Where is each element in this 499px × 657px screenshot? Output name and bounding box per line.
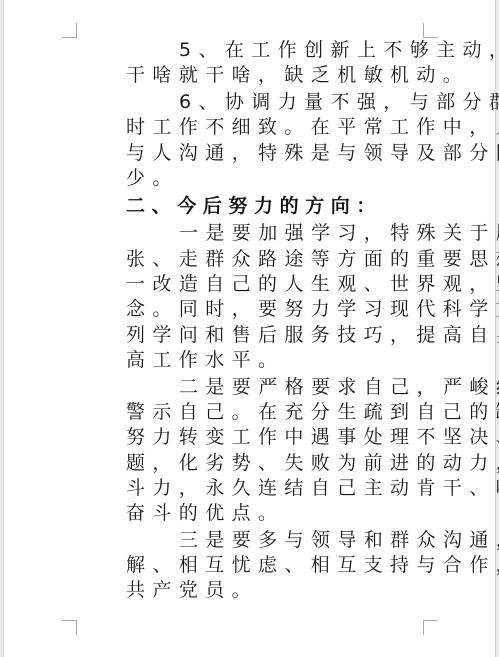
- text-line: 题，化劣势、失败为前进的动力，连结旺盛的战: [74, 451, 424, 476]
- text-line: 一是要加强学习，特殊关于厉行节省反对铺: [74, 221, 424, 246]
- margin-corner-mark-bottom-right: [423, 620, 438, 635]
- text-line: 二是要严格要求自己，严峻约束自己，时刻: [74, 375, 424, 400]
- margin-corner-mark-top-left: [62, 23, 77, 38]
- text-line: 奋斗的优点。: [74, 501, 424, 526]
- text-line: 一改造自己的人生观、世界观，坚决社会主义信: [74, 272, 424, 297]
- text-line: 斗力，永久连结自己主动肯干、吃苦耐劳、艰苦: [74, 476, 424, 501]
- paragraph-point-three: 三是要多与领导和群众沟通，实现相互理 解、相互忧虑、相互支持与合作，做一名合格的…: [74, 528, 424, 604]
- document-body[interactable]: 5、在工作创新上不够主动，满足于领导叫 干啥就干啥，缺乏机敏机动。 6、协调力量…: [74, 38, 424, 605]
- paragraph-point-two: 二是要严格要求自己，严峻约束自己，时刻 警示自己。在充分生疏到自己的缺点的基础上…: [74, 375, 424, 527]
- text-line: 努力转变工作中遇事处理不坚决、不细致等问: [74, 425, 424, 450]
- text-line: 解、相互忧虑、相互支持与合作，做一名合格的: [74, 553, 424, 578]
- margin-corner-mark-bottom-left: [62, 620, 77, 635]
- section-heading-future-direction: 二、今后努力的方向：: [74, 194, 424, 219]
- text-line: 张、走群众路途等方面的重要思想理论学习，进: [74, 247, 424, 272]
- text-line: 三是要多与领导和群众沟通，实现相互理: [74, 528, 424, 553]
- text-line: 高工作水平。: [74, 348, 424, 373]
- text-line: 5、在工作创新上不够主动，满足于领导叫: [74, 38, 424, 63]
- heading-text: 二、今后努力的方向：: [74, 194, 424, 219]
- text-line: 列学问和售后服务技巧，提高自身素养，不断提: [74, 323, 424, 348]
- text-line: 警示自己。在充分生疏到自己的缺点的基础上，: [74, 400, 424, 425]
- text-line: 少。: [74, 166, 424, 191]
- text-line: 6、协调力量不强，与部分群众沟通少，有: [74, 90, 424, 115]
- text-line: 干啥就干啥，缺乏机敏机动。: [74, 63, 424, 88]
- text-line: 时工作不细致。在平常工作中，只管工作，很少: [74, 115, 424, 140]
- text-line: 念。同时，要努力学习现代科学文化、采煤机系: [74, 297, 424, 322]
- paragraph-item-6: 6、协调力量不强，与部分群众沟通少，有 时工作不细致。在平常工作中，只管工作，很…: [74, 90, 424, 191]
- text-line: 与人沟通，特殊是与领导及部分同志的沟通太: [74, 141, 424, 166]
- text-line: 共产党员。: [74, 578, 424, 603]
- margin-corner-mark-top-right: [423, 23, 438, 38]
- paragraph-item-5: 5、在工作创新上不够主动，满足于领导叫 干啥就干啥，缺乏机敏机动。: [74, 38, 424, 89]
- paragraph-point-one: 一是要加强学习，特殊关于厉行节省反对铺 张、走群众路途等方面的重要思想理论学习，…: [74, 221, 424, 373]
